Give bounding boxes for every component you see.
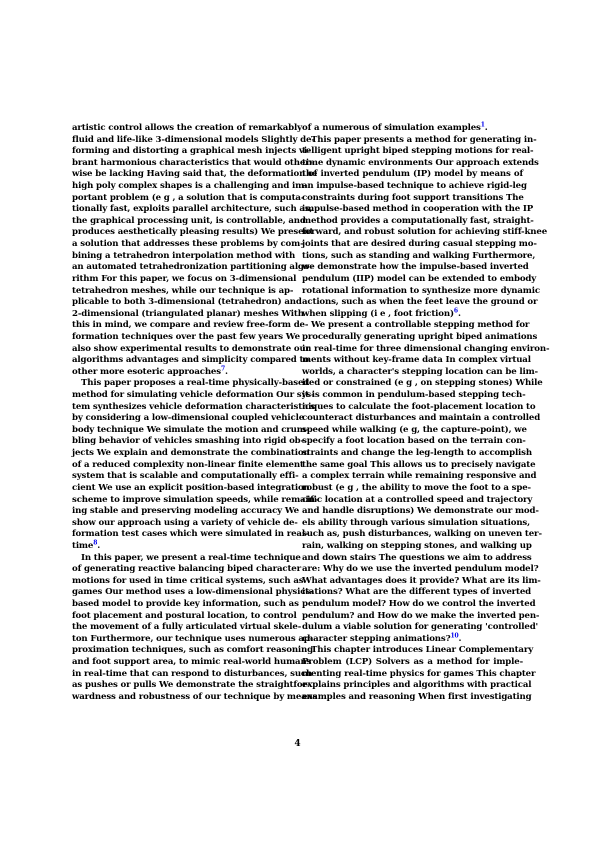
line-text: ton Furthermore, our technique uses nume… [72, 634, 313, 644]
line-text: rotational information to synthesize mor… [302, 286, 540, 296]
line-text: this in mind, we compare and review free… [72, 320, 308, 330]
line-text: forward, and robust solution for achievi… [302, 227, 547, 237]
text-line: rithm For this paper, we focus on 3-dime… [72, 274, 293, 286]
text-line: of a numerous of simulation examples1. [302, 123, 523, 135]
line-text: actions, such as when the feet leave the… [302, 297, 537, 307]
text-line: portant problem (e g , a solution that i… [72, 193, 293, 205]
line-text: This chapter introduces Linear Complemen… [311, 645, 533, 655]
line-text: joints that are desired during casual st… [302, 239, 537, 249]
text-line: tem synthesizes vehicle deformation char… [72, 402, 293, 414]
line-text: menting real-time physics for games This… [302, 669, 535, 679]
line-text: specify a foot location based on the ter… [302, 436, 526, 446]
line-text: scheme to improve simulation speeds, whi… [72, 495, 318, 505]
text-line: telligent upright biped stepping motions… [302, 146, 523, 158]
text-line: tions, such as standing and walking Furt… [302, 251, 523, 263]
line-text: produces aesthetically pleasing results)… [72, 227, 313, 237]
line-text: This paper proposes a real-time physical… [81, 378, 309, 388]
line-text: the graphical processing unit, is contro… [72, 216, 306, 226]
line-text: an automated tetrahedronization partitio… [72, 262, 313, 272]
text-line: in real-time for three dimensional chang… [302, 344, 523, 356]
line-text: tionally fast, exploits parallel archite… [72, 204, 312, 214]
line-text: formation techniques over the past few y… [72, 332, 300, 342]
text-line: as pushes or pulls We demonstrate the st… [72, 680, 293, 692]
line-text: formation test cases which were simulate… [72, 529, 308, 539]
text-line: based model to provide key information, … [72, 599, 293, 611]
text-line: system that is scalable and computationa… [72, 471, 293, 483]
line-text: the movement of a fully articulated virt… [72, 622, 301, 632]
text-line: procedurally generating upright biped an… [302, 332, 523, 344]
text-line: ton Furthermore, our technique uses nume… [72, 634, 293, 646]
line-text: procedurally generating upright biped an… [302, 332, 537, 342]
text-line: character stepping animations?10. [302, 634, 523, 646]
line-text: worlds, a character's stepping location … [302, 367, 538, 377]
text-line: examples and reasoning When first invest… [302, 692, 523, 704]
line-text: proximation techniques, such as comfort … [72, 645, 313, 655]
text-line: brant harmonious characteristics that wo… [72, 158, 293, 170]
text-line: This paper presents a method for generat… [302, 135, 523, 147]
line-text: impulse-based method in cooperation with… [302, 204, 533, 214]
text-line: this in mind, we compare and review free… [72, 320, 293, 332]
text-line: cient We use an explicit position-based … [72, 483, 293, 495]
text-line: produces aesthetically pleasing results)… [72, 227, 293, 239]
text-line: cific location at a controlled speed and… [302, 495, 523, 507]
text-line: are: Why do we use the inverted pendulum… [302, 564, 523, 576]
line-text: algorithms advantages and simplicity com… [72, 355, 309, 365]
text-line: time dynamic environments Our approach e… [302, 158, 523, 170]
line-text: method provides a computationally fast, … [302, 216, 534, 226]
line-text: itations? What are the different types o… [302, 587, 531, 597]
line-text: pendulum model? How do we control the in… [302, 599, 535, 609]
left-column-paragraph: artistic control allows the creation of … [72, 123, 293, 378]
text-line: This chapter introduces Linear Complemen… [302, 645, 523, 657]
text-line: foot placement and postural location, to… [72, 611, 293, 623]
text-line: ments without key-frame data In complex … [302, 355, 523, 367]
text-line: jects We explain and demonstrate the com… [72, 448, 293, 460]
text-line: explains principles and algorithms with … [302, 680, 523, 692]
text-line: artistic control allows the creation of … [72, 123, 293, 135]
line-text: dulum a viable solution for generating '… [302, 622, 538, 632]
text-line: the same goal This allows us to precisel… [302, 460, 523, 472]
text-line: in real-time that can respond to disturb… [72, 669, 293, 681]
line-text: cific location at a controlled speed and… [302, 495, 532, 505]
paper-page: artistic control allows the creation of … [0, 0, 595, 842]
line-text: rithm For this paper, we focus on 3-dime… [72, 274, 296, 284]
text-line: time8. [72, 541, 293, 553]
text-line: tionally fast, exploits parallel archite… [72, 204, 293, 216]
line-text: portant problem (e g , a solution that i… [72, 193, 304, 203]
text-line: joints that are desired during casual st… [302, 239, 523, 251]
text-line: of a reduced complexity non-linear finit… [72, 460, 293, 472]
line-text: We present a controllable stepping metho… [311, 320, 529, 330]
line-text: ments without key-frame data In complex … [302, 355, 531, 365]
line-text: character stepping animations? [302, 634, 450, 644]
text-line: straints and change the leg-length to ac… [302, 448, 523, 460]
line-text: as pushes or pulls We demonstrate the st… [72, 680, 310, 690]
line-text: by considering a low-dimensional coupled… [72, 413, 304, 423]
line-text: bining a tetrahedron interpolation metho… [72, 251, 295, 261]
line-text: and handle disruptions) We demonstrate o… [302, 506, 539, 516]
line-text: tem synthesizes vehicle deformation char… [72, 402, 315, 412]
citation-reference-link[interactable]: 10 [450, 632, 458, 639]
text-line: fluid and life-like 3-dimensional models… [72, 135, 293, 147]
line-text: cient We use an explicit position-based … [72, 483, 310, 493]
line-text: of a numerous of simulation examples [302, 123, 481, 133]
line-text: high poly complex shapes is a challengin… [72, 181, 308, 191]
sentence-end: . [225, 367, 228, 377]
text-line: itations? What are the different types o… [302, 587, 523, 599]
text-line: a complex terrain while remaining respon… [302, 471, 523, 483]
line-text: the inverted pendulum (IP) model by mean… [302, 169, 523, 179]
text-line: rotational information to synthesize mor… [302, 286, 523, 298]
line-text: and down stairs The questions we aim to … [302, 553, 532, 563]
text-line: rain, walking on stepping stones, and wa… [302, 541, 523, 553]
right-column-paragraph: This paper presents a method for generat… [302, 135, 523, 321]
text-line: method for simulating vehicle deformatio… [72, 390, 293, 402]
text-line: formation techniques over the past few y… [72, 332, 293, 344]
text-line: an automated tetrahedronization partitio… [72, 262, 293, 274]
line-text: plicable to both 3-dimensional (tetrahed… [72, 297, 302, 307]
text-line: forming and distorting a graphical mesh … [72, 146, 293, 158]
text-line: such as, push disturbances, walking on u… [302, 529, 523, 541]
line-text: time [72, 541, 93, 551]
text-line: In this paper, we present a real-time te… [72, 553, 293, 565]
line-text: games Our method uses a low-dimensional … [72, 587, 313, 597]
line-text: In this paper, we present a real-time te… [81, 553, 301, 563]
sentence-end: . [485, 123, 488, 133]
text-line: specify a foot location based on the ter… [302, 436, 523, 448]
text-line: ing stable and preserving modeling accur… [72, 506, 293, 518]
text-line: and foot support area, to mimic real-wor… [72, 657, 293, 669]
line-text: time dynamic environments Our approach e… [302, 158, 539, 168]
text-line: it is common in pendulum-based stepping … [302, 390, 523, 402]
line-text: brant harmonious characteristics that wo… [72, 158, 313, 168]
right-text-column: of a numerous of simulation examples1.Th… [302, 123, 523, 703]
line-text: also show experimental results to demons… [72, 344, 310, 354]
left-text-column: artistic control allows the creation of … [72, 123, 293, 703]
left-column-paragraph: This paper proposes a real-time physical… [72, 378, 293, 552]
line-text: ited or constrained (e g , on stepping s… [302, 378, 543, 388]
line-text: artistic control allows the creation of … [72, 123, 302, 133]
sentence-end: . [97, 541, 100, 551]
text-line: What advantages does it provide? What ar… [302, 576, 523, 588]
line-text: motions for used in time critical system… [72, 576, 303, 586]
line-text: other more esoteric approaches [72, 367, 221, 377]
line-text: it is common in pendulum-based stepping … [302, 390, 526, 400]
text-line: a solution that addresses these problems… [72, 239, 293, 251]
line-text: body technique We simulate the motion an… [72, 425, 309, 435]
text-line: formation test cases which were simulate… [72, 529, 293, 541]
line-text: counteract disturbances and maintain a c… [302, 413, 540, 423]
line-text: 2-dimensional (triangulated planar) mesh… [72, 309, 304, 319]
text-line: pendulum? and How do we make the inverte… [302, 611, 523, 623]
right-column-paragraph: of a numerous of simulation examples1. [302, 123, 523, 135]
text-line: an impulse-based technique to achieve ri… [302, 181, 523, 193]
right-column-paragraph: We present a controllable stepping metho… [302, 320, 523, 645]
text-line: other more esoteric approaches7. [72, 367, 293, 379]
line-text: wardness and robustness of our technique… [72, 692, 317, 702]
text-line: constraints during foot support transiti… [302, 193, 523, 205]
text-line: high poly complex shapes is a challengin… [72, 181, 293, 193]
line-text: bling behavior of vehicles smashing into… [72, 436, 304, 446]
text-line: forward, and robust solution for achievi… [302, 227, 523, 239]
text-line: the graphical processing unit, is contro… [72, 216, 293, 228]
line-text: wise be lacking Having said that, the de… [72, 169, 317, 179]
line-text: show our approach using a variety of veh… [72, 518, 298, 528]
line-text: telligent upright biped stepping motions… [302, 146, 533, 156]
line-text: a solution that addresses these problems… [72, 239, 304, 249]
sentence-end: . [459, 634, 462, 644]
text-line: speed while walking (e g, the capture-po… [302, 425, 523, 437]
text-line: pendulum (IIP) model can be extended to … [302, 274, 523, 286]
line-text: pendulum (IIP) model can be extended to … [302, 274, 536, 284]
text-line: Problem (LCP) Solvers as a method for im… [302, 657, 523, 669]
text-line: 2-dimensional (triangulated planar) mesh… [72, 309, 293, 321]
line-text: system that is scalable and computationa… [72, 471, 299, 481]
text-line: els ability through various simulation s… [302, 518, 523, 530]
line-text: jects We explain and demonstrate the com… [72, 448, 310, 458]
text-line: body technique We simulate the motion an… [72, 425, 293, 437]
line-text: an impulse-based technique to achieve ri… [302, 181, 527, 191]
line-text: explains principles and algorithms with … [302, 680, 531, 690]
text-line: the movement of a fully articulated virt… [72, 622, 293, 634]
text-line: when slipping (i e , foot friction)6. [302, 309, 523, 321]
text-line: scheme to improve simulation speeds, whi… [72, 495, 293, 507]
line-text: pendulum? and How do we make the inverte… [302, 611, 539, 621]
text-line: and handle disruptions) We demonstrate o… [302, 506, 523, 518]
line-text: the same goal This allows us to precisel… [302, 460, 535, 470]
text-line: plicable to both 3-dimensional (tetrahed… [72, 297, 293, 309]
text-line: impulse-based method in cooperation with… [302, 204, 523, 216]
line-text: when slipping (i e , foot friction) [302, 309, 454, 319]
text-line: games Our method uses a low-dimensional … [72, 587, 293, 599]
text-line: ited or constrained (e g , on stepping s… [302, 378, 523, 390]
text-line: This paper proposes a real-time physical… [72, 378, 293, 390]
text-line: and down stairs The questions we aim to … [302, 553, 523, 565]
text-line: method provides a computationally fast, … [302, 216, 523, 228]
line-text: a complex terrain while remaining respon… [302, 471, 536, 481]
line-text: fluid and life-like 3-dimensional models… [72, 135, 315, 145]
line-text: forming and distorting a graphical mesh … [72, 146, 310, 156]
line-text: Problem (LCP) Solvers as a method for im… [302, 657, 523, 667]
line-text: speed while walking (e g, the capture-po… [302, 425, 527, 435]
text-line: worlds, a character's stepping location … [302, 367, 523, 379]
line-text: are: Why do we use the inverted pendulum… [302, 564, 539, 574]
page-number: 4 [0, 739, 595, 749]
text-line: wise be lacking Having said that, the de… [72, 169, 293, 181]
text-line: we demonstrate how the impulse-based inv… [302, 262, 523, 274]
line-text: tetrahedron meshes, while our technique … [72, 286, 293, 296]
text-line: menting real-time physics for games This… [302, 669, 523, 681]
line-text: constraints during foot support transiti… [302, 193, 524, 203]
line-text: els ability through various simulation s… [302, 518, 530, 528]
text-line: bling behavior of vehicles smashing into… [72, 436, 293, 448]
sentence-end: . [458, 309, 461, 319]
text-line: niques to calculate the foot-placement l… [302, 402, 523, 414]
text-line: bining a tetrahedron interpolation metho… [72, 251, 293, 263]
text-line: wardness and robustness of our technique… [72, 692, 293, 704]
line-text: This paper presents a method for generat… [311, 135, 537, 145]
line-text: examples and reasoning When first invest… [302, 692, 532, 702]
line-text: such as, push disturbances, walking on u… [302, 529, 542, 539]
text-line: tetrahedron meshes, while our technique … [72, 286, 293, 298]
line-text: we demonstrate how the impulse-based inv… [302, 262, 529, 272]
text-line: actions, such as when the feet leave the… [302, 297, 523, 309]
line-text: rain, walking on stepping stones, and wa… [302, 541, 532, 551]
line-text: of generating reactive balancing biped c… [72, 564, 301, 574]
text-line: We present a controllable stepping metho… [302, 320, 523, 332]
text-line: counteract disturbances and maintain a c… [302, 413, 523, 425]
text-line: show our approach using a variety of veh… [72, 518, 293, 530]
line-text: based model to provide key information, … [72, 599, 299, 609]
line-text: straints and change the leg-length to ac… [302, 448, 532, 458]
line-text: in real-time that can respond to disturb… [72, 669, 312, 679]
line-text: in real-time for three dimensional chang… [302, 344, 549, 354]
text-line: dulum a viable solution for generating '… [302, 622, 523, 634]
text-line: robust (e g , the ability to move the fo… [302, 483, 523, 495]
text-line: by considering a low-dimensional coupled… [72, 413, 293, 425]
right-column-paragraph: This chapter introduces Linear Complemen… [302, 645, 523, 703]
left-column-paragraph: In this paper, we present a real-time te… [72, 553, 293, 704]
line-text: tions, such as standing and walking Furt… [302, 251, 535, 261]
line-text: ing stable and preserving modeling accur… [72, 506, 299, 516]
line-text: robust (e g , the ability to move the fo… [302, 483, 531, 493]
text-line: pendulum model? How do we control the in… [302, 599, 523, 611]
text-line: also show experimental results to demons… [72, 344, 293, 356]
line-text: method for simulating vehicle deformatio… [72, 390, 314, 400]
text-line: motions for used in time critical system… [72, 576, 293, 588]
line-text: What advantages does it provide? What ar… [302, 576, 541, 586]
text-line: the inverted pendulum (IP) model by mean… [302, 169, 523, 181]
line-text: and foot support area, to mimic real-wor… [72, 657, 311, 667]
text-line: proximation techniques, such as comfort … [72, 645, 293, 657]
line-text: of a reduced complexity non-linear finit… [72, 460, 304, 470]
text-line: algorithms advantages and simplicity com… [72, 355, 293, 367]
text-line: of generating reactive balancing biped c… [72, 564, 293, 576]
line-text: niques to calculate the foot-placement l… [302, 402, 535, 412]
line-text: foot placement and postural location, to… [72, 611, 297, 621]
